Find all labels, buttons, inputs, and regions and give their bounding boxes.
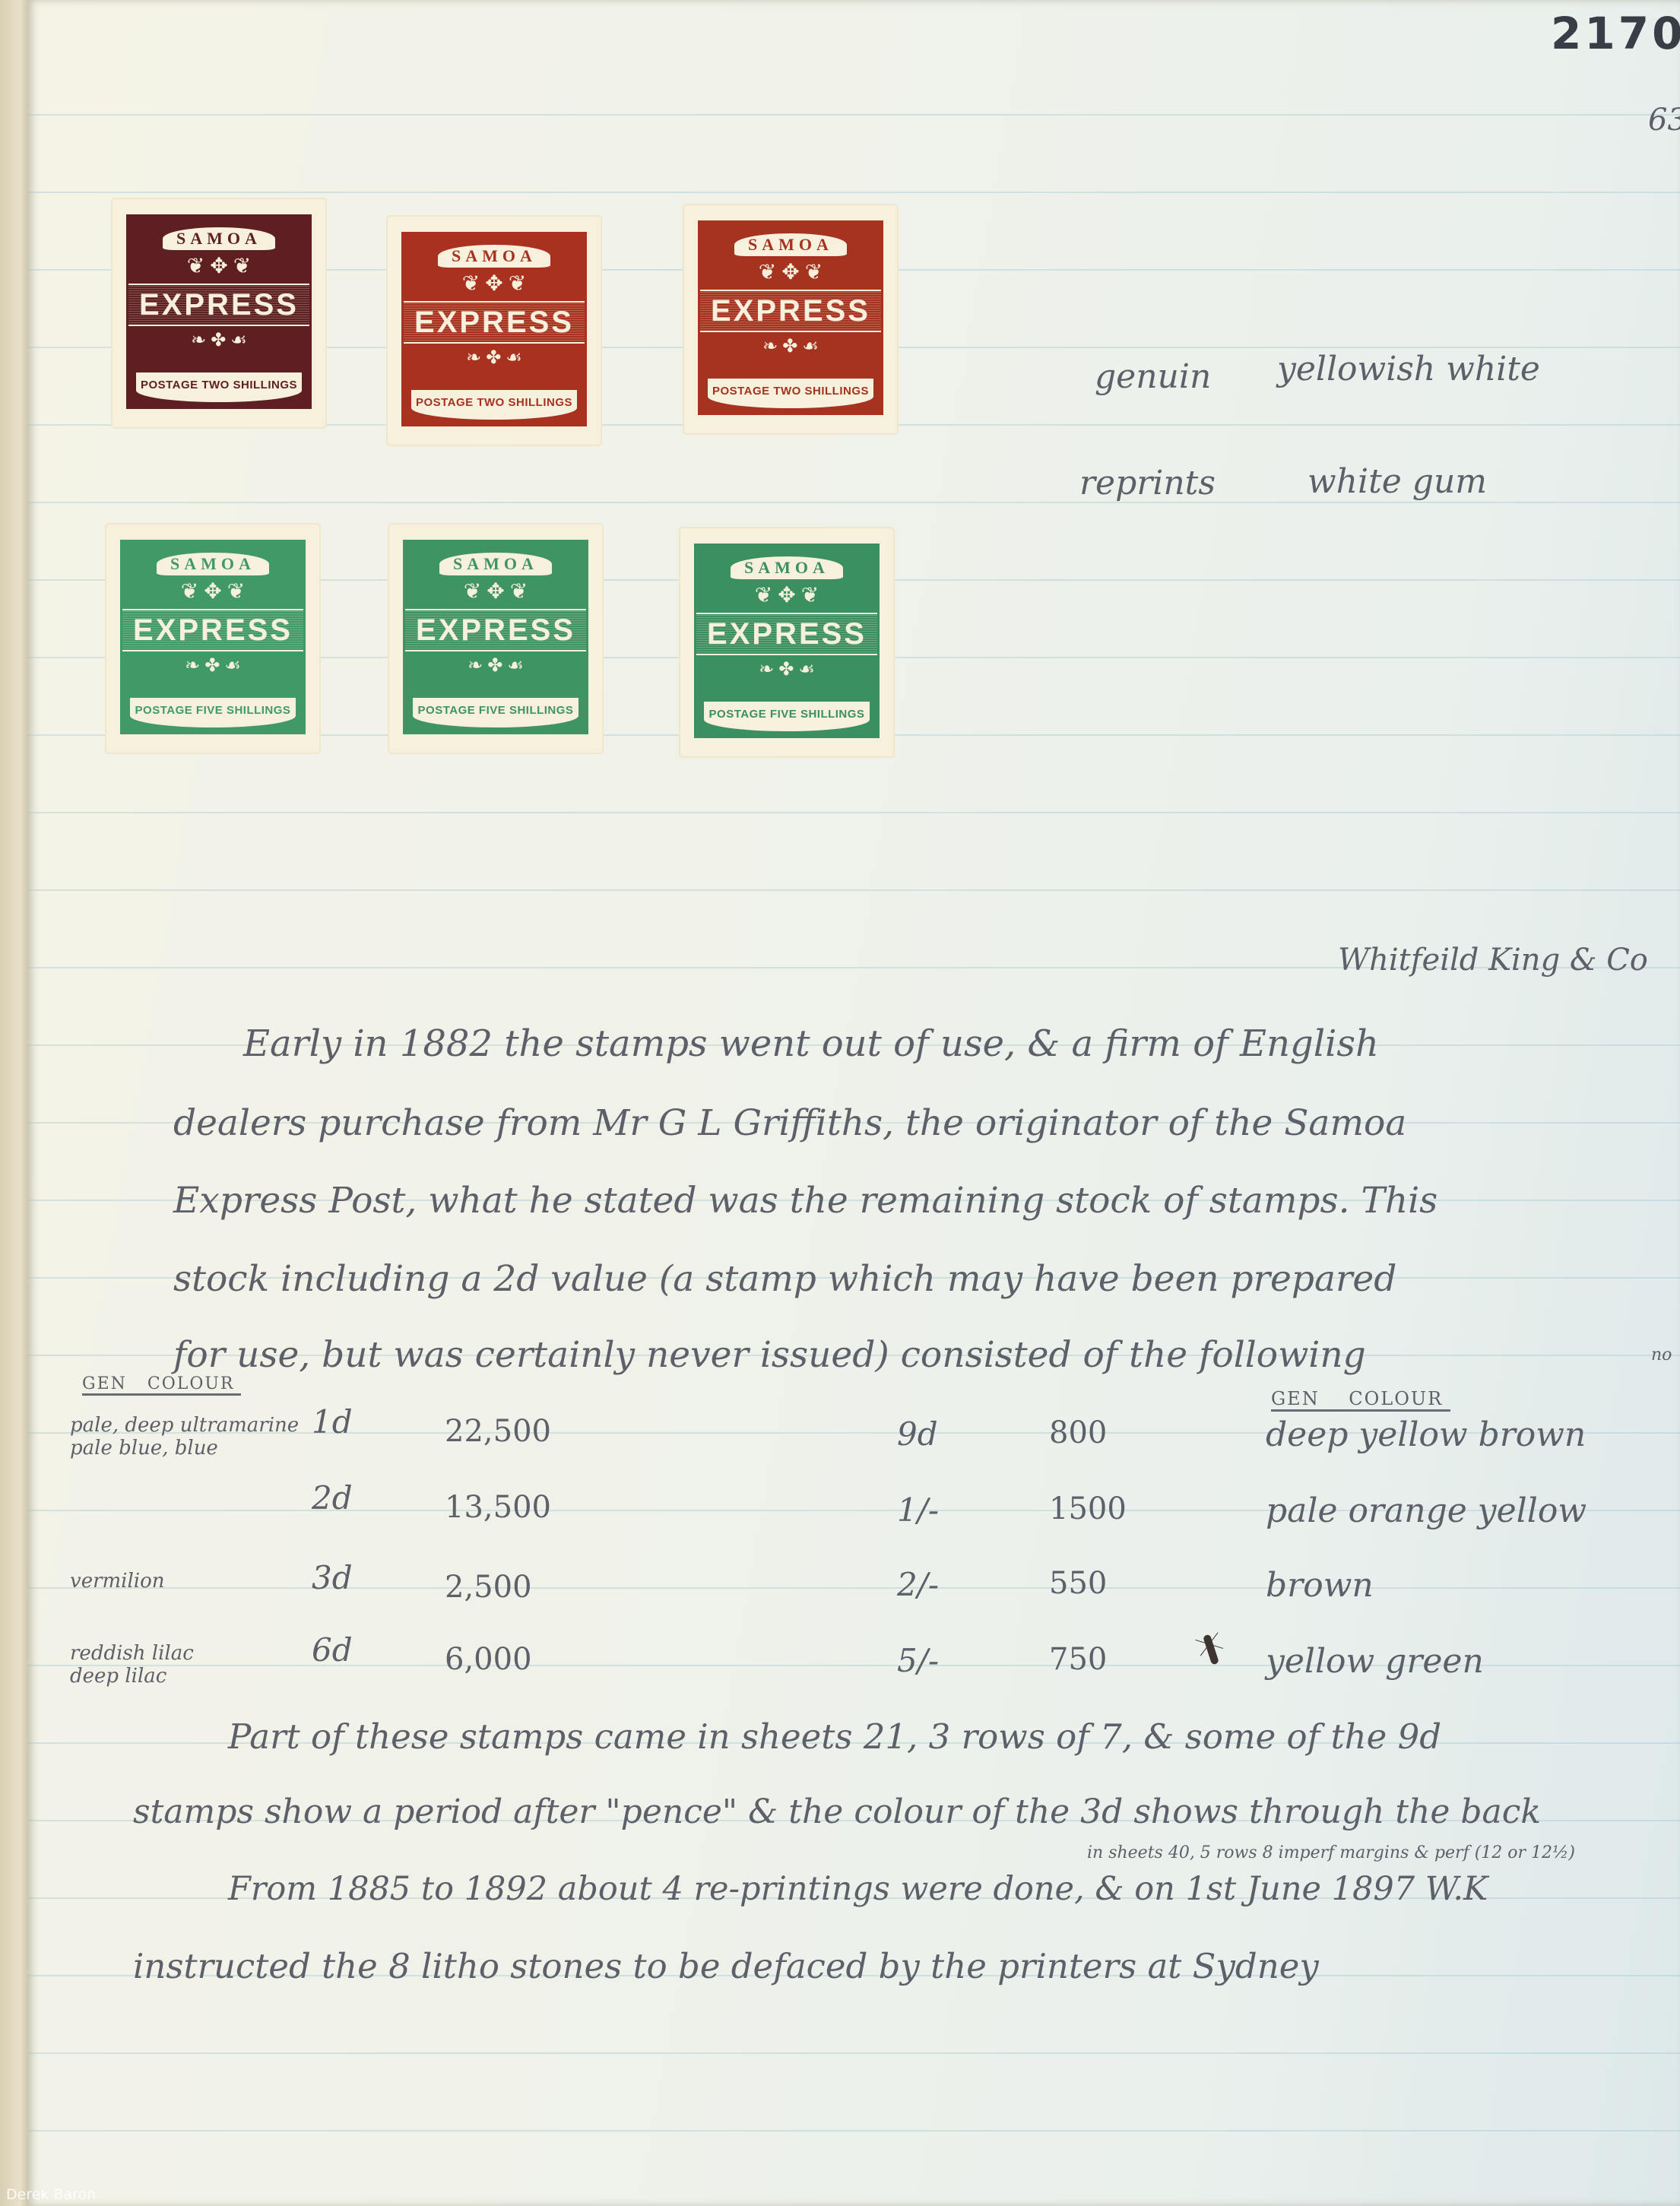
stamp-5s-green: SAMOA ❦ ✥ ❦ EXPRESS ❧ ✤ ☙ POSTAGE FIVE S… xyxy=(106,525,319,753)
value-cell: 9d xyxy=(897,1415,938,1453)
left-header-gen: GEN xyxy=(82,1374,127,1393)
stamp-2s-red-brown: SAMOA ❦ ✥ ❦ EXPRESS ❧ ✤ ☙ POSTAGE TWO SH… xyxy=(388,217,601,445)
stamp-samoa-label: SAMOA xyxy=(734,233,847,256)
paragraph-2-line-2: stamps show a period after "pence" & the… xyxy=(133,1792,1541,1831)
count-cell: 1500 xyxy=(1049,1491,1127,1526)
stamp-ornament: ❧ ✤ ☙ xyxy=(466,347,522,369)
stamp-value-label: POSTAGE TWO SHILLINGS xyxy=(136,372,303,402)
gum-note-reprint-label: reprints xyxy=(1079,464,1216,502)
paragraph-1-line-1: Early in 1882 the stamps went out of use… xyxy=(243,1022,1379,1065)
stamp-express-label: EXPRESS xyxy=(122,609,303,651)
stamp-express-label: EXPRESS xyxy=(696,613,877,655)
stamp-design: SAMOA ❦ ✥ ❦ EXPRESS ❧ ✤ ☙ POSTAGE TWO SH… xyxy=(126,214,312,409)
stamp-samoa-label: SAMOA xyxy=(157,553,269,575)
stamp-ornament: ❧ ✤ ☙ xyxy=(468,655,524,677)
stamp-ornament: ❧ ✤ ☙ xyxy=(191,329,247,351)
stamp-design: SAMOA ❦ ✥ ❦ EXPRESS ❧ ✤ ☙ POSTAGE TWO SH… xyxy=(401,232,587,426)
count-cell: 550 xyxy=(1049,1566,1107,1601)
stamp-design: SAMOA ❦ ✥ ❦ EXPRESS ❧ ✤ ☙ POSTAGE FIVE S… xyxy=(694,544,880,738)
ruled-line xyxy=(27,1587,1680,1589)
stamp-express-label: EXPRESS xyxy=(404,301,585,344)
gen-colour-cell: reddish lilac deep lilac xyxy=(70,1642,194,1688)
left-header-colour: COLOUR xyxy=(147,1374,235,1393)
paragraph-3-line-1: From 1885 to 1892 about 4 re-printings w… xyxy=(228,1870,1488,1908)
count-cell: 22,500 xyxy=(445,1414,551,1449)
paragraph-1-line-4: stock including a 2d value (a stamp whic… xyxy=(173,1258,1396,1300)
value-cell: 2d xyxy=(312,1479,353,1517)
stamp-value-label: POSTAGE FIVE SHILLINGS xyxy=(413,698,579,727)
gum-note-genuine-label: genuin xyxy=(1095,357,1211,396)
stamp-value-label: POSTAGE TWO SHILLINGS xyxy=(411,390,578,420)
paragraph-1-line-3: Express Post, what he stated was the rem… xyxy=(173,1180,1438,1222)
gen-colour-cell: pale orange yellow xyxy=(1266,1491,1586,1530)
ruled-line xyxy=(27,114,1680,116)
left-table-header: GEN COLOUR xyxy=(82,1374,241,1396)
value-cell: 1d xyxy=(312,1403,353,1441)
right-header-colour: COLOUR xyxy=(1349,1388,1443,1409)
stamp-value-label: POSTAGE TWO SHILLINGS xyxy=(708,379,874,408)
paragraph-3-line-2: instructed the 8 litho stones to be defa… xyxy=(133,1946,1319,1986)
stamp-ornament: ❧ ✤ ☙ xyxy=(762,335,819,357)
ruled-line xyxy=(27,2052,1680,2054)
stamp-ornament: ❧ ✤ ☙ xyxy=(759,658,815,680)
page-number-ink: 2170 xyxy=(1551,8,1680,59)
gum-note-reprint-value: white gum xyxy=(1308,462,1487,501)
gen-colour-cell: yellow green xyxy=(1266,1642,1484,1681)
gum-note-genuine-value: yellowish white xyxy=(1277,350,1540,388)
stamp-ornament: ❧ ✤ ☙ xyxy=(185,655,241,677)
stamp-value-label: POSTAGE FIVE SHILLINGS xyxy=(704,702,870,731)
stamp-2s-red-brown-reprint: SAMOA ❦ ✥ ❦ EXPRESS ❧ ✤ ☙ POSTAGE TWO SH… xyxy=(684,205,897,433)
right-table-header: GEN COLOUR xyxy=(1271,1388,1450,1412)
value-cell: 1/- xyxy=(897,1491,939,1529)
ruled-line xyxy=(27,192,1680,193)
ruled-line xyxy=(27,889,1680,891)
stamp-5s-green-reprint: SAMOA ❦ ✥ ❦ EXPRESS ❧ ✤ ☙ POSTAGE FIVE S… xyxy=(680,528,893,756)
count-cell: 13,500 xyxy=(445,1490,551,1525)
paragraph-1-margin-note: no xyxy=(1651,1345,1672,1364)
stamp-samoa-label: SAMOA xyxy=(439,553,552,575)
stamp-samoa-label: SAMOA xyxy=(438,245,550,268)
page-number-pencil: 63 xyxy=(1648,103,1680,138)
stamp-express-label: EXPRESS xyxy=(700,290,881,332)
stamp-express-label: EXPRESS xyxy=(405,609,586,651)
ruled-line xyxy=(27,812,1680,813)
right-header-gen: GEN xyxy=(1271,1388,1320,1409)
gen-colour-cell: pale, deep ultramarine pale blue, blue xyxy=(70,1414,299,1460)
paragraph-2-line-1: Part of these stamps came in sheets 21, … xyxy=(228,1716,1441,1757)
value-cell: 2/- xyxy=(897,1566,939,1603)
stamp-ornament: ❦ ✥ ❦ xyxy=(759,261,823,285)
paragraph-1-line-5: for use, but was certainly never issued)… xyxy=(173,1334,1366,1376)
count-cell: 750 xyxy=(1049,1642,1107,1677)
dealer-annotation: Whitfeild King & Co xyxy=(1338,943,1648,978)
ruled-line xyxy=(27,2130,1680,2132)
gen-colour-cell: brown xyxy=(1266,1566,1374,1605)
count-cell: 800 xyxy=(1049,1415,1107,1450)
stamp-value-label: POSTAGE FIVE SHILLINGS xyxy=(130,698,296,727)
stamp-express-label: EXPRESS xyxy=(128,284,309,326)
paragraph-1-line-2: dealers purchase from Mr G L Griffiths, … xyxy=(173,1102,1406,1144)
stamp-ornament: ❦ ✥ ❦ xyxy=(464,580,528,604)
stamp-samoa-label: SAMOA xyxy=(163,227,275,250)
value-cell: 5/- xyxy=(897,1642,939,1679)
count-cell: 6,000 xyxy=(445,1642,532,1677)
ruled-line xyxy=(27,502,1680,503)
stamp-samoa-label: SAMOA xyxy=(731,556,843,579)
stamp-design: SAMOA ❦ ✥ ❦ EXPRESS ❧ ✤ ☙ POSTAGE FIVE S… xyxy=(120,540,306,734)
stamp-ornament: ❦ ✥ ❦ xyxy=(462,272,526,296)
count-cell: 2,500 xyxy=(445,1570,532,1605)
stamp-ornament: ❦ ✥ ❦ xyxy=(187,255,251,279)
stamp-2s-deep-brown: SAMOA ❦ ✥ ❦ EXPRESS ❧ ✤ ☙ POSTAGE TWO SH… xyxy=(113,199,325,427)
stamp-design: SAMOA ❦ ✥ ❦ EXPRESS ❧ ✤ ☙ POSTAGE TWO SH… xyxy=(698,220,883,415)
stamp-ornament: ❦ ✥ ❦ xyxy=(181,580,245,604)
value-cell: 3d xyxy=(312,1559,353,1596)
photographer-watermark: Derek Baron xyxy=(6,2186,96,2203)
stamp-5s-green: SAMOA ❦ ✥ ❦ EXPRESS ❧ ✤ ☙ POSTAGE FIVE S… xyxy=(389,525,602,753)
stamp-design: SAMOA ❦ ✥ ❦ EXPRESS ❧ ✤ ☙ POSTAGE FIVE S… xyxy=(403,540,588,734)
gen-colour-cell: deep yellow brown xyxy=(1266,1415,1586,1454)
stamp-ornament: ❦ ✥ ❦ xyxy=(755,584,819,608)
gen-colour-cell: vermilion xyxy=(70,1570,165,1593)
value-cell: 6d xyxy=(312,1631,353,1669)
interlinear-note: in sheets 40, 5 rows 8 imperf margins & … xyxy=(1087,1843,1575,1862)
